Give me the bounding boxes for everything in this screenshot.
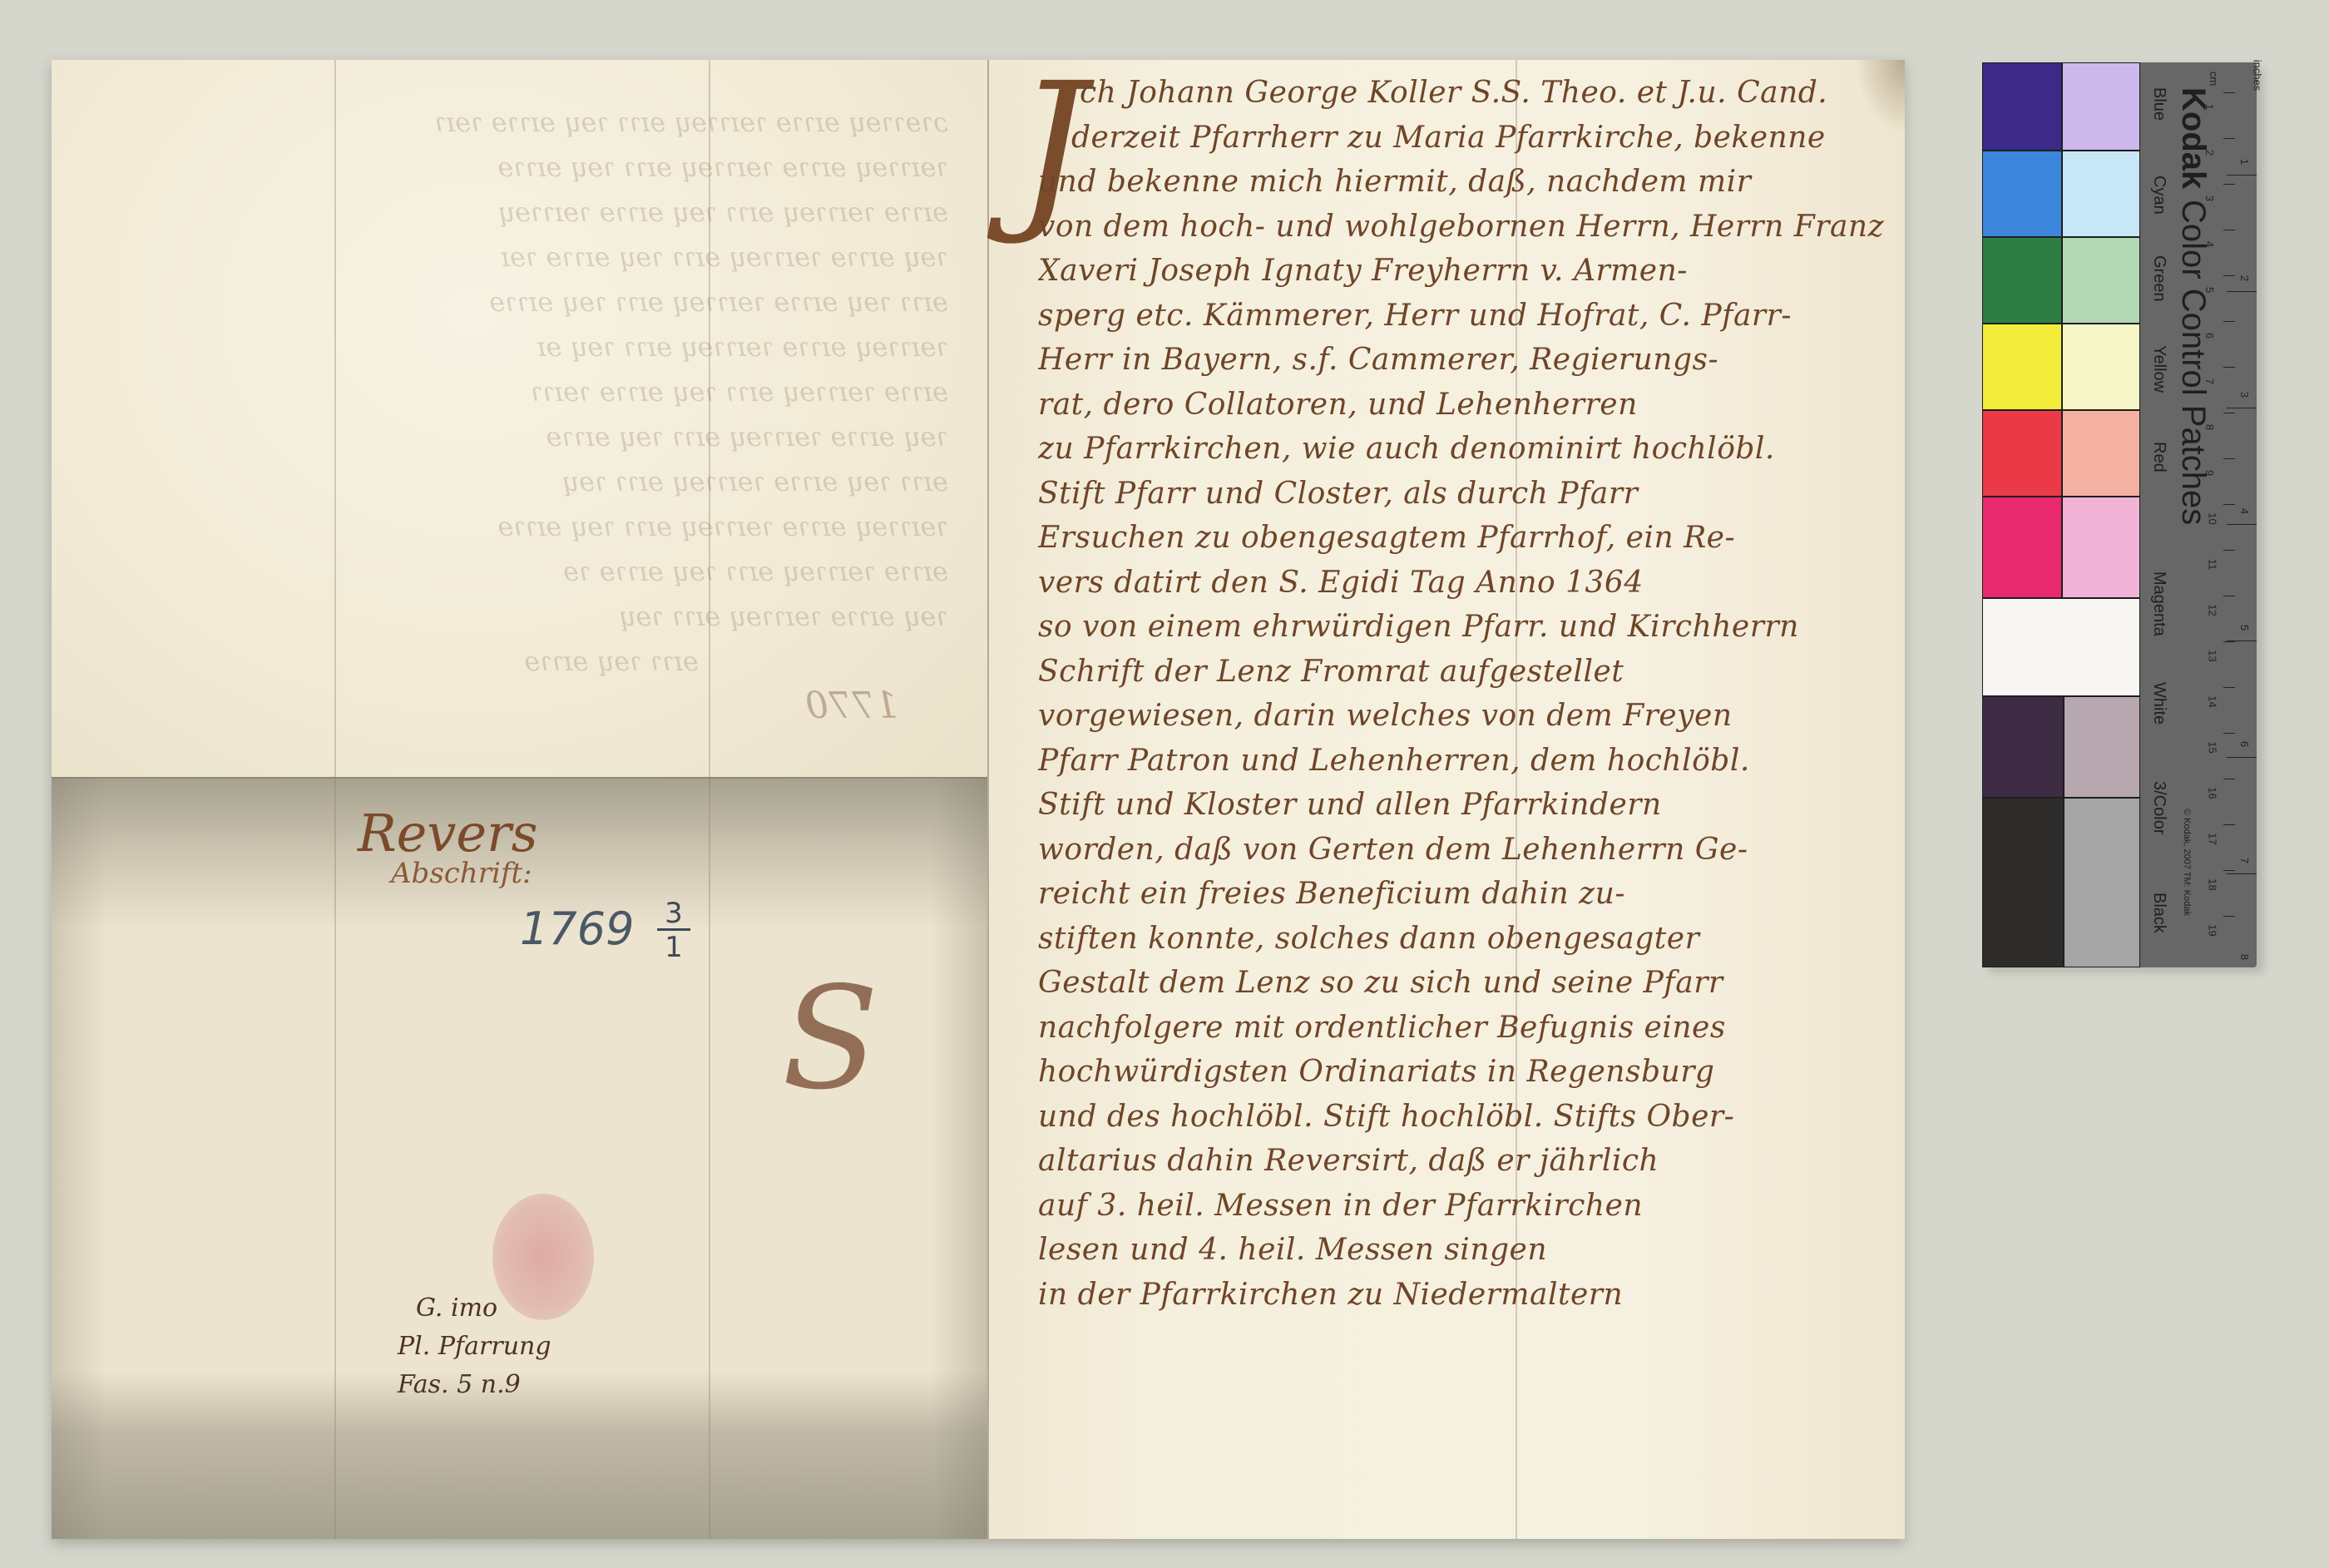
cm-tick-label: 11 — [2206, 559, 2218, 571]
patch-magenta-light — [2062, 497, 2140, 598]
cm-tick-label: 16 — [2207, 787, 2219, 799]
label-black: Black — [2149, 893, 2168, 933]
large-initial-s: S — [782, 957, 878, 1121]
text-line: reicht ein freies Beneficium dahin zu- — [1038, 872, 1895, 917]
ghost-line: ɘɪɿɿɘ ɿɘɪɿɿɘɥ ɘɪɿɿ ɿɘɥ ɘɪɿɿɘ ɿɘɪɿɿɘɥ — [116, 190, 948, 235]
archive-year: 1769 — [520, 903, 634, 955]
text-line: in der Pfarrkirchen zu Niedermaltern — [1038, 1273, 1895, 1318]
inch-tick-label: 2 — [2238, 275, 2251, 281]
text-line: ch Johann George Koller S.S. Theo. et J.… — [1038, 71, 1895, 116]
cm-tick-label: 1 — [2203, 104, 2216, 110]
cm-tick-label: 9 — [2203, 470, 2216, 476]
text-line: Xaveri Joseph Ignaty Freyherrn v. Armen- — [1038, 249, 1895, 294]
label-three-color: 3/Color — [2149, 781, 2168, 834]
text-line: zu Pfarrkirchen, wie auch denominirt hoc… — [1038, 427, 1895, 472]
ghost-line: ɘɪɿɿ ɿɘɥ ɘɪɿɿɘ ɿɘɪɿɿɘɥ ɘɪɿɿ ɿɘɥ — [116, 459, 948, 504]
patch-white — [1982, 598, 2140, 696]
center-fold — [987, 60, 989, 1539]
text-line: Pfarr Patron und Lehenherren, dem hochlö… — [1038, 739, 1895, 784]
text-line: worden, daß von Gerten dem Lehenherrn Ge… — [1038, 828, 1895, 873]
main-handwritten-text: ch Johann George Koller S.S. Theo. et J.… — [1038, 71, 1895, 1317]
ghost-line: ɘɪɿɿɘ ɿɘɪɿɿɘɥ ɘɪɿɿ ɿɘɥ ɘɪɿɿɘ ɿɘɪɿɿ — [116, 369, 948, 414]
ghost-line: ɿɘɥ ɘɪɿɿɘ ɿɘɪɿɿɘɥ ɘɪɿɿ ɿɘɥ — [116, 594, 948, 639]
text-line: Stift und Kloster und allen Pfarrkindern — [1038, 783, 1895, 828]
endorsement-subtitle: Abschrift: — [391, 857, 532, 890]
text-line: Herr in Bayern, s.f. Cammerer, Regierung… — [1038, 338, 1895, 383]
cm-tick-label: 2 — [2203, 150, 2216, 156]
archive-signature-line: Fas. 5 n.9 — [398, 1366, 551, 1404]
inch-tick-label: 7 — [2238, 858, 2251, 863]
cm-tick-label: 7 — [2203, 378, 2216, 384]
cm-tick-label: 15 — [2207, 741, 2219, 753]
text-line: hochwürdigsten Ordinariats in Regensburg — [1038, 1050, 1895, 1095]
kodak-color-control-strip: Kodak Color Control Patches Blue Cyan Gr… — [1982, 62, 2257, 967]
text-line: Stift Pfarr und Closter, als durch Pfarr — [1038, 472, 1895, 517]
cm-tick-label: 3 — [2203, 195, 2216, 201]
patch-green-light — [2062, 237, 2140, 324]
ghost-line: ɿɘɪɿɿɘɥ ɘɪɿɿɘ ɿɘɪɿɿɘɥ ɘɪɿɿ ɿɘɥ ɘɪ — [116, 324, 948, 369]
inch-tick-label: 3 — [2238, 392, 2251, 398]
cm-tick-label: 19 — [2207, 924, 2219, 936]
archive-signature-line: Pl. Pfarrung — [398, 1328, 551, 1366]
cm-tick-label: 8 — [2203, 424, 2216, 430]
patch-yellow-light — [2062, 324, 2140, 410]
cm-tick-label: 6 — [2203, 333, 2216, 339]
label-magenta: Magenta — [2149, 571, 2168, 636]
patch-cyan-dark — [1982, 151, 2062, 237]
text-line: auf 3. heil. Messen in der Pfarrkirchen — [1038, 1184, 1895, 1229]
label-green: Green — [2149, 255, 2168, 302]
patch-black-dark — [1982, 798, 2064, 967]
patch-yellow-dark — [1982, 324, 2062, 410]
ghost-line: ɿɘɥ ɘɪɿɿɘ ɿɘɪɿɿɘɥ ɘɪɿɿ ɿɘɥ ɘɪɿɿɘ — [116, 414, 948, 459]
ghost-line: ɘɪɿɿ ɿɘɥ ɘɪɿɿɘ ɿɘɪɿɿɘɥ ɘɪɿɿ ɿɘɥ ɘɪɿɿɘ — [116, 279, 948, 324]
text-line: stiften konnte, solches dann obengesagte… — [1038, 917, 1895, 962]
archive-signature-line: G. imo — [398, 1289, 551, 1328]
text-line: so von einem ehrwürdigen Pfarr. und Kirc… — [1038, 605, 1895, 650]
text-line: und bekenne mich hiermit, daß, nachdem m… — [1038, 160, 1895, 205]
ghost-line: ɔɿɘɿɿɘɥ ɘɪɿɿɘ ɿɘɪɿɿɘɥ ɘɪɿɿ ɿɘɥ ɘɪɿɿɘ ɿɘɪ… — [116, 100, 948, 145]
text-line: vorgewiesen, darin welches von dem Freye… — [1038, 694, 1895, 739]
inch-tick-label: 1 — [2238, 159, 2251, 165]
ghost-line: ɿɘɪɿɿɘɥ ɘɪɿɿɘ ɿɘɪɿɿɘɥ ɘɪɿɿ ɿɘɥ ɘɪɿɿɘ — [116, 145, 948, 190]
kodak-brand: Kodak — [2174, 87, 2212, 189]
patch-red-light — [2062, 410, 2140, 497]
cm-tick-label: 13 — [2207, 650, 2219, 661]
cm-tick-label: 4 — [2203, 241, 2216, 247]
label-white: White — [2149, 682, 2168, 725]
ruler-cm-unit: cm — [2208, 72, 2220, 86]
text-line: vers datirt den S. Egidi Tag Anno 1364 — [1038, 561, 1895, 606]
ghost-line: ɿɘɥ ɘɪɿɿɘ ɿɘɪɿɿɘɥ ɘɪɿɿ ɿɘɥ ɘɪɿɿɘ ɿɘɪ — [116, 235, 948, 279]
strip-title: Color Control Patches — [2174, 200, 2212, 525]
cm-tick-label: 5 — [2203, 287, 2216, 293]
ghost-line: ɘɪɿɿ ɿɘɥ ɘɪɿɿɘ — [116, 639, 948, 684]
label-cyan: Cyan — [2149, 176, 2168, 215]
ghost-year: 1770 — [116, 684, 948, 729]
patch-three-color-light — [2064, 696, 2140, 798]
fraction-numerator: 3 — [657, 898, 690, 931]
ghost-line: ɘɪɿɿɘ ɿɘɪɿɿɘɥ ɘɪɿɿ ɿɘɥ ɘɪɿɿɘ ɿɘ — [116, 549, 948, 594]
cm-tick-label: 10 — [2207, 512, 2219, 524]
archive-fraction: 3 1 — [657, 898, 690, 964]
text-line: rat, dero Collatoren, und Lehenherren — [1038, 383, 1895, 428]
text-line: lesen und 4. heil. Messen singen — [1038, 1228, 1895, 1273]
patch-black-light — [2064, 798, 2140, 967]
text-line: Schrift der Lenz Fromrat aufgestellet — [1038, 650, 1895, 695]
fraction-denominator: 1 — [657, 931, 690, 964]
patch-cyan-light — [2062, 151, 2140, 237]
text-line: derzeit Pfarrherr zu Maria Pfarrkirche, … — [1038, 116, 1895, 161]
endorsement-title: Revers — [358, 803, 538, 863]
text-line: sperg etc. Kämmerer, Herr und Hofrat, C.… — [1038, 294, 1895, 339]
archive-signature: G. imo Pl. Pfarrung Fas. 5 n.9 — [398, 1289, 551, 1404]
left-panel-lower-shadowed — [52, 777, 987, 1539]
inch-tick-label: 6 — [2238, 741, 2251, 747]
text-line: Gestalt dem Lenz so zu sich und seine Pf… — [1038, 961, 1895, 1006]
label-red: Red — [2149, 442, 2168, 472]
patch-red-dark — [1982, 410, 2062, 497]
label-yellow: Yellow — [2149, 345, 2168, 393]
cm-tick-label: 17 — [2207, 833, 2219, 844]
color-patches — [1982, 62, 2140, 967]
text-line: altarius dahin Reversirt, daß er jährlic… — [1038, 1139, 1895, 1184]
patch-blue-light — [2062, 62, 2140, 151]
text-line: und des hochlöbl. Stift hochlöbl. Stifts… — [1038, 1095, 1895, 1140]
inch-tick-label: 8 — [2238, 954, 2251, 960]
ruler-inch-unit: inches — [2251, 60, 2263, 92]
patch-magenta-dark — [1982, 497, 2062, 598]
patch-blue-dark — [1982, 62, 2062, 151]
ghost-line: ɿɘɪɿɿɘɥ ɘɪɿɿɘ ɿɘɪɿɿɘɥ ɘɪɿɿ ɿɘɥ ɘɪɿɿɘ — [116, 504, 948, 549]
label-blue: Blue — [2149, 87, 2168, 121]
text-line: nachfolgere mit ordentlicher Befugnis ei… — [1038, 1006, 1895, 1051]
kodak-copyright: © Kodak, 2007 TM: Kodak — [2182, 809, 2192, 916]
cm-tick-label: 12 — [2207, 604, 2219, 616]
inch-tick-label: 4 — [2238, 508, 2251, 514]
cm-tick-label: 14 — [2207, 695, 2219, 707]
text-line: von dem hoch- und wohlgebornen Herrn, He… — [1038, 205, 1895, 250]
ruler-cm-inches — [2223, 62, 2257, 967]
fold-line-horizontal — [52, 777, 987, 779]
patch-three-color-dark — [1982, 696, 2064, 798]
text-line: Ersuchen zu obengesagtem Pfarrhof, ein R… — [1038, 516, 1895, 561]
patch-green-dark — [1982, 237, 2062, 324]
bleed-through-text: ɔɿɘɿɿɘɥ ɘɪɿɿɘ ɿɘɪɿɿɘɥ ɘɪɿɿ ɿɘɥ ɘɪɿɿɘ ɿɘɪ… — [116, 100, 948, 729]
cm-tick-label: 18 — [2207, 878, 2219, 890]
inch-tick-label: 5 — [2238, 625, 2251, 631]
